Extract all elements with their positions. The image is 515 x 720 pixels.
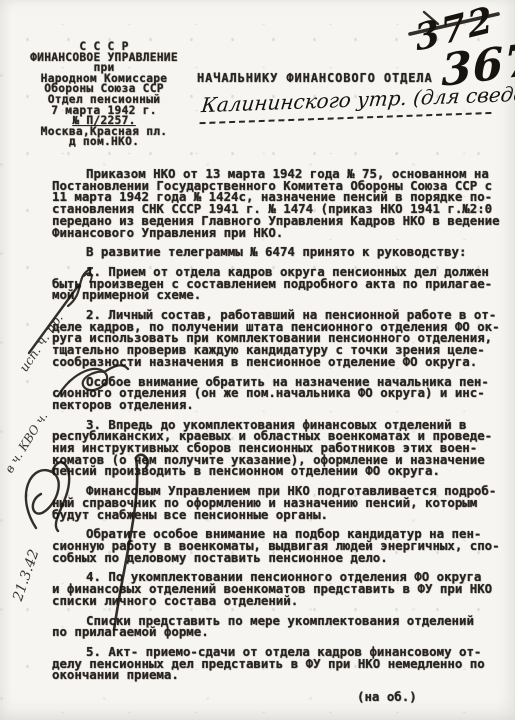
paragraph-point-3: 3. Впредь до укомплектования финансовых …: [52, 419, 512, 478]
body-line: пенсий производить в пенсионном отделени…: [52, 465, 512, 477]
letterhead-address: д пом.НКО.: [14, 137, 194, 148]
paragraph-order-intro: Приказом НКО от 13 марта 1942 года № 75,…: [52, 168, 512, 238]
body-text: Приказом НКО от 13 марта 1942 года № 75,…: [52, 168, 512, 703]
body-line: Финансового Управления при НКО.: [52, 227, 512, 239]
marginalia-date: 21.3.42: [10, 547, 43, 603]
paragraph-lists: Списки представить по мере укомплектован…: [52, 615, 512, 638]
body-line: списки личного состава отделений.: [52, 595, 512, 607]
addressee-typed: НАЧАЛЬНИКУ ФИНАНСОВОГО ОТДЕЛА: [197, 71, 433, 85]
paragraph-handbook: Финансовым Управлением при НКО подготавл…: [52, 485, 512, 520]
footer-note-continued-overleaf: (на об.): [357, 691, 512, 703]
paragraph-point-2: 2. Личный состав, работавший на пенсионн…: [52, 309, 512, 368]
paragraph-point-4: 4. По укомплектовании пенсионного отделе…: [52, 571, 512, 606]
paragraph-point-1: 1. Прием от отдела кадров округа пенсион…: [52, 266, 512, 301]
body-line: окончании приема.: [52, 669, 512, 681]
registration-number: 367: [441, 34, 515, 97]
paragraph-point-5: 5. Акт- приемо-сдачи от отдела кадров фи…: [52, 646, 512, 681]
body-line: В развитие телеграммы № 6474 принято к р…: [52, 246, 512, 258]
scanned-document: { "document": { "registration": { "cross…: [0, 0, 515, 720]
body-line: сообразности назначения в пенсионное отд…: [52, 356, 512, 368]
marginalia-note: в ч. КВО ч.: [2, 410, 50, 476]
paragraph-candidates: Обратите особое внимание на подбор канди…: [52, 528, 512, 563]
paragraph-telegram: В развитие телеграммы № 6474 принято к р…: [52, 246, 512, 258]
body-line: мой примерной схеме.: [52, 289, 512, 301]
body-line: будут снабжены все пенсионные органы.: [52, 509, 512, 521]
letterhead: С С С Р ФИНАНСОВОЕ УПРАВЛЕНИЕ при Народн…: [14, 42, 194, 148]
body-line: пекторов отделения.: [52, 399, 512, 411]
paragraph-special-attention: Особое внимание обратить на назначение н…: [52, 376, 512, 411]
body-line: собных по деловому поставить пенсионное …: [52, 552, 512, 564]
